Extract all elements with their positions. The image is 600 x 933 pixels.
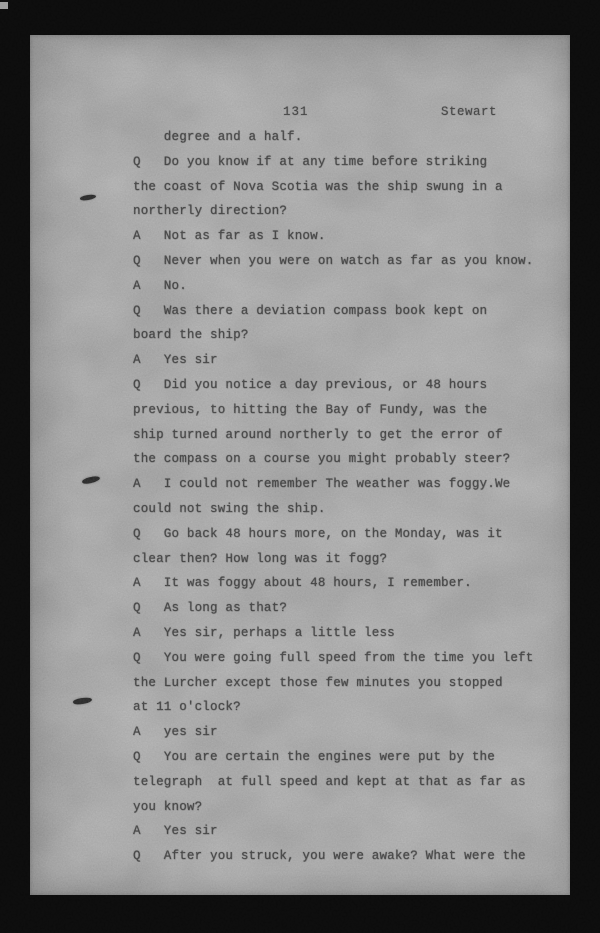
continuation-line: you know? [133, 795, 553, 820]
question-line: Q You are certain the engines were put b… [133, 745, 553, 770]
page-header: 131 Stewart [30, 105, 570, 127]
continuation-line: could not swing the ship. [133, 497, 553, 522]
question-line: Q Did you notice a day previous, or 48 h… [133, 373, 553, 398]
answer-line: A I could not remember The weather was f… [133, 472, 553, 497]
continuation-line: northerly direction? [133, 199, 553, 224]
continuation-line: degree and a half. [133, 125, 553, 150]
paper-sheet: 131 Stewart degree and a half.Q Do you k… [30, 35, 570, 895]
answer-line: A Yes sir [133, 348, 553, 373]
continuation-line: at 11 o'clock? [133, 695, 553, 720]
continuation-line: ship turned around northerly to get the … [133, 423, 553, 448]
pen-mark [73, 697, 93, 706]
page-number: 131 [283, 105, 309, 119]
question-line: Q Do you know if at any time before stri… [133, 150, 553, 175]
question-line: Q As long as that? [133, 596, 553, 621]
scan-edge-artifact [0, 2, 8, 9]
continuation-line: board the ship? [133, 323, 553, 348]
question-line: Q Never when you were on watch as far as… [133, 249, 553, 274]
question-line: Q After you struck, you were awake? What… [133, 844, 553, 869]
question-line: Q Was there a deviation compass book kep… [133, 299, 553, 324]
answer-line: A It was foggy about 48 hours, I remembe… [133, 571, 553, 596]
continuation-line: the coast of Nova Scotia was the ship sw… [133, 175, 553, 200]
answer-line: A yes sir [133, 720, 553, 745]
continuation-line: the Lurcher except those few minutes you… [133, 671, 553, 696]
answer-line: A Yes sir [133, 819, 553, 844]
question-line: Q Go back 48 hours more, on the Monday, … [133, 522, 553, 547]
answer-line: A Not as far as I know. [133, 224, 553, 249]
answer-line: A No. [133, 274, 553, 299]
continuation-line: the compass on a course you might probab… [133, 447, 553, 472]
scanned-transcript-page: 131 Stewart degree and a half.Q Do you k… [0, 0, 600, 933]
continuation-line: telegraph at full speed and kept at that… [133, 770, 553, 795]
pen-mark [82, 475, 101, 485]
answer-line: A Yes sir, perhaps a little less [133, 621, 553, 646]
transcript-body: degree and a half.Q Do you know if at an… [133, 125, 553, 869]
continuation-line: previous, to hitting the Bay of Fundy, w… [133, 398, 553, 423]
witness-name: Stewart [441, 105, 497, 119]
continuation-line: clear then? How long was it fogg? [133, 547, 553, 572]
pen-mark [80, 194, 97, 202]
question-line: Q You were going full speed from the tim… [133, 646, 553, 671]
